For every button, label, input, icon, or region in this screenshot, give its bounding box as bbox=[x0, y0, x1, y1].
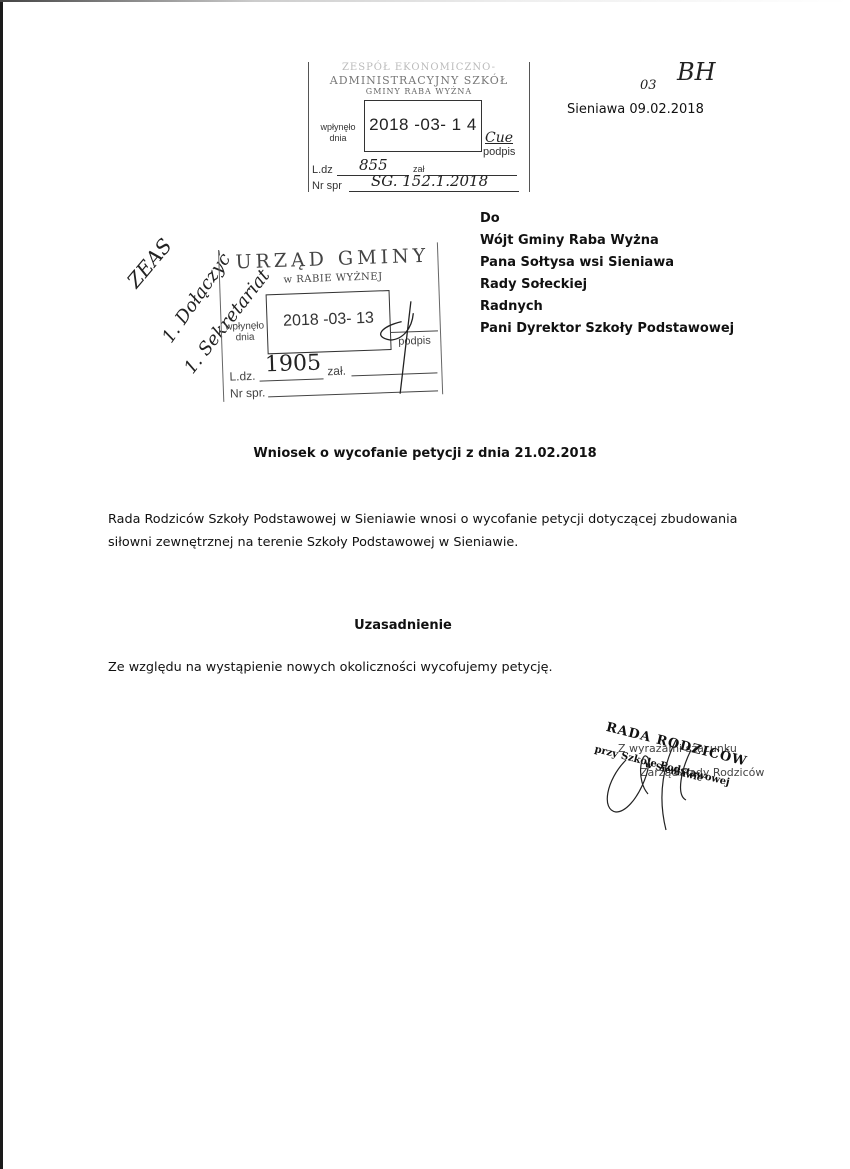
addressee-line: Wójt Gminy Raba Wyżna bbox=[480, 230, 734, 252]
signature-block: Z wyrazami szacunku Zarząd Rady Rodziców… bbox=[596, 720, 766, 850]
handwritten-date-correction: 03 bbox=[640, 78, 657, 93]
justification-heading: Uzasadnienie bbox=[0, 618, 806, 633]
received-date: 2018 -03- 1 4 bbox=[365, 115, 481, 135]
document-title: Wniosek o wycofanie petycji z dnia 21.02… bbox=[0, 446, 850, 461]
stamp-header-line1: ZESPÓŁ EKONOMICZNO- bbox=[309, 62, 529, 73]
nrspr-label: Nr spr bbox=[312, 180, 342, 192]
scan-top-edge bbox=[0, 0, 850, 2]
received-label: wpłynęło dnia bbox=[313, 122, 363, 144]
annotation-line1: ZEAS bbox=[122, 234, 177, 293]
signature-label: podpis bbox=[483, 146, 515, 158]
stamp-header-line2: ADMINISTRACYJNY SZKÓŁ bbox=[309, 74, 529, 87]
handwritten-signature-mark bbox=[219, 242, 442, 402]
scan-left-edge bbox=[0, 0, 3, 1169]
handwritten-signature bbox=[596, 720, 766, 850]
zeas-received-stamp: ZESPÓŁ EKONOMICZNO- ADMINISTRACYJNY SZKÓ… bbox=[308, 62, 530, 192]
addressee-line: Radnych bbox=[480, 296, 734, 318]
addressee-block: Do Wójt Gminy Raba Wyżna Pana Sołtysa ws… bbox=[480, 208, 734, 340]
urzad-gminy-received-stamp: URZĄD GMINY w RABIE WYŻNEJ wpłynęło dnia… bbox=[218, 242, 443, 402]
nrspr-value: SG. 152.1.2018 bbox=[371, 172, 488, 190]
body-line: Rada Rodziców Szkoły Podstawowej w Sieni… bbox=[108, 508, 748, 531]
place-and-date: Sieniawa 09.02.2018 bbox=[567, 102, 704, 117]
addressee-line: Rady Sołeckiej bbox=[480, 274, 734, 296]
stamp-header-line3: GMINY RABA WYŻNA bbox=[309, 87, 529, 96]
justification-text: Ze względu na wystąpienie nowych okolicz… bbox=[108, 660, 553, 675]
received-date-box: 2018 -03- 1 4 bbox=[364, 100, 482, 152]
document-body: Rada Rodziców Szkoły Podstawowej w Sieni… bbox=[108, 508, 748, 554]
handwritten-signature: Cue bbox=[485, 130, 513, 146]
nrspr-line bbox=[349, 191, 519, 192]
body-line: siłowni zewnętrznej na terenie Szkoły Po… bbox=[108, 531, 748, 554]
addressee-intro: Do bbox=[480, 208, 734, 230]
ldz-label: L.dz bbox=[312, 164, 333, 176]
handwritten-initials: BH bbox=[677, 58, 716, 86]
addressee-line: Pani Dyrektor Szkoły Podstawowej bbox=[480, 318, 734, 340]
addressee-line: Pana Sołtysa wsi Sieniawa bbox=[480, 252, 734, 274]
